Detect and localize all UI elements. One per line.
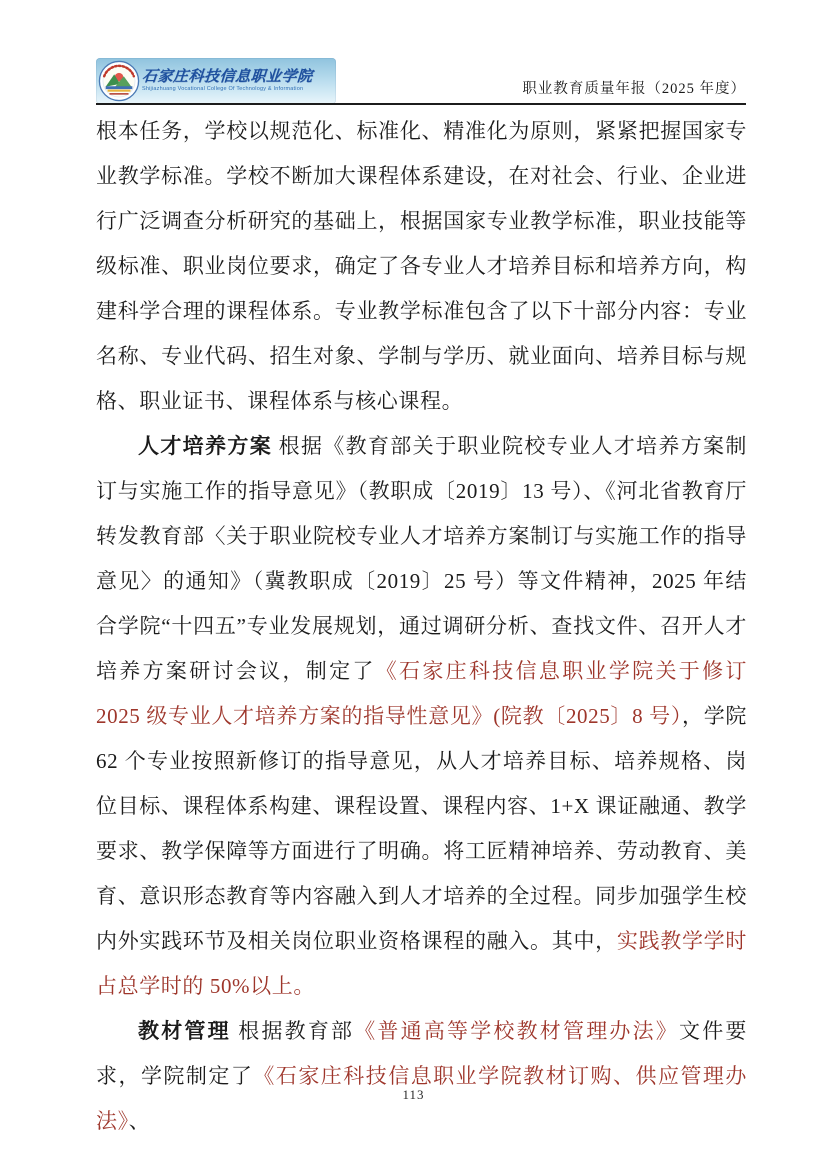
paragraph: 人才培养方案 根据《教育部关于职业院校专业人才培养方案制订与实施工作的指导意见》… (96, 424, 747, 1009)
college-name-english: Shijiazhuang Vocational College Of Techn… (142, 86, 313, 93)
section-label: 人才培养方案 (138, 434, 272, 458)
body-text: 根本任务，学校以规范化、标准化、精准化为原则，紧紧把握国家专业教学标准。学校不断… (96, 119, 747, 413)
paragraph: 根本任务，学校以规范化、标准化、精准化为原则，紧紧把握国家专业教学标准。学校不断… (96, 109, 747, 424)
college-name: 石家庄科技信息职业学院 (141, 69, 313, 86)
document-body: 根本任务，学校以规范化、标准化、精准化为原则，紧紧把握国家专业教学标准。学校不断… (96, 109, 747, 1144)
body-text: 、 (129, 1109, 151, 1133)
body-text: 根据教育部 (231, 1019, 354, 1043)
paragraph: 教材管理 根据教育部《普通高等学校教材管理办法》文件要求，学院制定了《石家庄科技… (96, 1009, 747, 1144)
body-text: 根据《教育部关于职业院校专业人才培养方案制订与实施工作的指导意见》（教职成〔20… (96, 434, 747, 683)
college-emblem-icon (98, 60, 140, 102)
section-label: 教材管理 (138, 1019, 231, 1043)
highlighted-text: 《普通高等学校教材管理办法》 (354, 1019, 679, 1043)
report-title: 职业教育质量年报（2025 年度） (522, 77, 746, 98)
header-divider (96, 103, 746, 105)
body-text: ，学院 62 个专业按照新修订的指导意见，从人才培养目标、培养规格、岗位目标、课… (96, 704, 747, 953)
page-number: 113 (0, 1087, 827, 1103)
college-logo-banner: 石家庄科技信息职业学院 Shijiazhuang Vocational Coll… (96, 58, 336, 104)
document-page: 石家庄科技信息职业学院 Shijiazhuang Vocational Coll… (0, 0, 827, 1169)
college-logo-text: 石家庄科技信息职业学院 Shijiazhuang Vocational Coll… (142, 69, 313, 93)
page-header: 石家庄科技信息职业学院 Shijiazhuang Vocational Coll… (96, 55, 746, 105)
